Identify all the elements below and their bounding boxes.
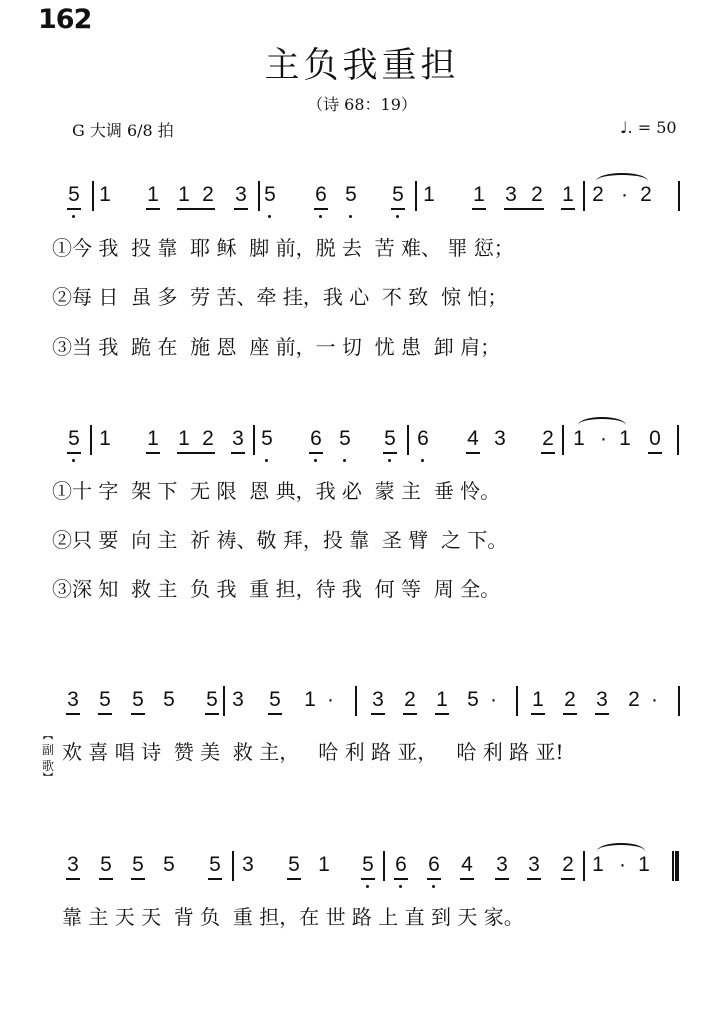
- chorus-lyrics: 欢 喜 唱 诗 赞 美 救 主， 哈 利 路 亚， 哈 利 路 亚!: [62, 740, 564, 764]
- barline: [355, 686, 357, 716]
- dot: ·: [490, 688, 497, 712]
- barline: [92, 181, 94, 211]
- note: 5: [390, 183, 406, 207]
- note: 2: [638, 183, 654, 207]
- note: 5: [267, 688, 283, 712]
- note: 5: [207, 853, 223, 877]
- note: 5: [262, 183, 278, 207]
- verse-2-lyrics: ②每 日 虽 多 劳 苦、牵 挂，我 心 不 致 惊 怕；: [52, 285, 507, 309]
- note: 1: [530, 688, 546, 712]
- verse-3-lyrics: ③当 我 跪 在 施 恩 座 前，一 切 忧 患 卸 肩；: [52, 335, 500, 359]
- note: 2: [529, 183, 545, 207]
- note: 3: [65, 853, 81, 877]
- dot: ·: [600, 427, 607, 451]
- barline: [90, 425, 92, 455]
- note: 3: [230, 427, 246, 451]
- note: 2: [200, 183, 216, 207]
- note: 3: [594, 688, 610, 712]
- barline: [232, 851, 234, 881]
- beam: [177, 208, 215, 210]
- note: 1: [636, 853, 652, 877]
- note: 3: [230, 688, 246, 712]
- note: 5: [465, 688, 481, 712]
- note: 1: [434, 688, 450, 712]
- barline: [407, 425, 409, 455]
- note: 3: [233, 183, 249, 207]
- note: 5: [98, 853, 114, 877]
- dot: ·: [619, 853, 626, 877]
- verse-3-lyrics: ③深 知 救 主 负 我 重 担，待 我 何 等 周 全。: [52, 577, 500, 601]
- note: 3: [503, 183, 519, 207]
- beam: [177, 452, 215, 454]
- note: 5: [130, 853, 146, 877]
- note: 1: [560, 183, 576, 207]
- note: 1: [97, 183, 113, 207]
- system-3-chorus: 3 5 5 5 5 3 5 1 · 3 2 1 5 · 1 2 3 2 · 欢 …: [0, 688, 724, 798]
- barline: [383, 851, 385, 881]
- note: 1: [302, 688, 318, 712]
- chorus-label-char: 歌: [40, 758, 56, 774]
- chorus-label: ︻ 副 歌 ︼: [40, 732, 56, 784]
- note: 3: [494, 853, 510, 877]
- note: 2: [540, 427, 556, 451]
- verse-1-lyrics: ①今 我 投 靠 耶 稣 脚 前，脱 去 苦 难、 罪 愆；: [52, 236, 514, 260]
- note: 1: [421, 183, 437, 207]
- hymn-number: 162: [38, 4, 91, 35]
- note: 5: [130, 688, 146, 712]
- note: 5: [343, 183, 359, 207]
- note: 3: [492, 427, 508, 451]
- note: 1: [471, 183, 487, 207]
- note: 2: [402, 688, 418, 712]
- system-4: 3 5 5 5 5 3 5 1 5 6 6 4 3 3 2 1 · 1 靠 主 …: [0, 853, 724, 943]
- scripture-reference: （诗 68：19）: [0, 92, 724, 115]
- note: 6: [415, 427, 431, 451]
- note: 5: [259, 427, 275, 451]
- barline: [562, 425, 564, 455]
- note: 5: [161, 853, 177, 877]
- note: 2: [560, 853, 576, 877]
- verse-1-lyrics: ①十 字 架 下 无 限 恩 典，我 必 蒙 主 垂 怜。: [52, 479, 500, 503]
- note: 2: [626, 688, 642, 712]
- note: 4: [459, 853, 475, 877]
- note: 0: [647, 427, 663, 451]
- note: 5: [382, 427, 398, 451]
- chorus-lyrics-2: 靠 主 天 天 背 负 重 担，在 世 路 上 直 到 天 家。: [62, 905, 524, 929]
- barline: [253, 425, 255, 455]
- note: 1: [145, 427, 161, 451]
- note: 3: [65, 688, 81, 712]
- barline: [583, 851, 585, 881]
- note: 2: [590, 183, 606, 207]
- note: 5: [286, 853, 302, 877]
- note: 6: [426, 853, 442, 877]
- barline: [415, 181, 417, 211]
- note: 6: [393, 853, 409, 877]
- key-time-signature: G 大调 6/8 拍: [72, 118, 174, 141]
- chorus-label-char: 副: [40, 742, 56, 758]
- barline: [678, 181, 680, 211]
- dot: ·: [327, 688, 334, 712]
- note: 1: [176, 183, 192, 207]
- dot: ·: [651, 688, 658, 712]
- system-2: 5 1 1 1 2 3 5 6 5 5 6 4 3 2 1 · 1 0 ①十 字…: [0, 427, 724, 607]
- note: 5: [66, 183, 82, 207]
- note: 6: [308, 427, 324, 451]
- note: 2: [562, 688, 578, 712]
- barline: [583, 181, 585, 211]
- verse-2-lyrics: ②只 要 向 主 祈 祷、敬 拜，投 靠 圣 臂 之 下。: [52, 528, 507, 552]
- hymn-title: 主负我重担: [0, 38, 724, 88]
- barline: [258, 181, 260, 211]
- note: 2: [200, 427, 216, 451]
- note: 3: [370, 688, 386, 712]
- barline: [678, 686, 680, 716]
- final-barline: [672, 851, 679, 881]
- note: 5: [337, 427, 353, 451]
- note: 1: [316, 853, 332, 877]
- note: 5: [161, 688, 177, 712]
- note: 5: [66, 427, 82, 451]
- note: 5: [360, 853, 376, 877]
- barline: [516, 686, 518, 716]
- note: 6: [313, 183, 329, 207]
- barline: [677, 425, 679, 455]
- note: 5: [204, 688, 220, 712]
- barline: [223, 686, 225, 716]
- note: 5: [97, 688, 113, 712]
- tempo-marking: ♩. = 50: [620, 118, 677, 137]
- note: 4: [465, 427, 481, 451]
- note: 1: [176, 427, 192, 451]
- note: 1: [145, 183, 161, 207]
- note: 1: [590, 853, 606, 877]
- note: 1: [97, 427, 113, 451]
- beam: [504, 208, 544, 210]
- note: 1: [617, 427, 633, 451]
- note: 1: [571, 427, 587, 451]
- note: 3: [526, 853, 542, 877]
- system-1: 5 1 1 1 2 3 5 6 5 5 1 1 3 2 1 2 · 2 ①今 我…: [0, 183, 724, 363]
- dot: ·: [621, 183, 628, 207]
- note: 3: [240, 853, 256, 877]
